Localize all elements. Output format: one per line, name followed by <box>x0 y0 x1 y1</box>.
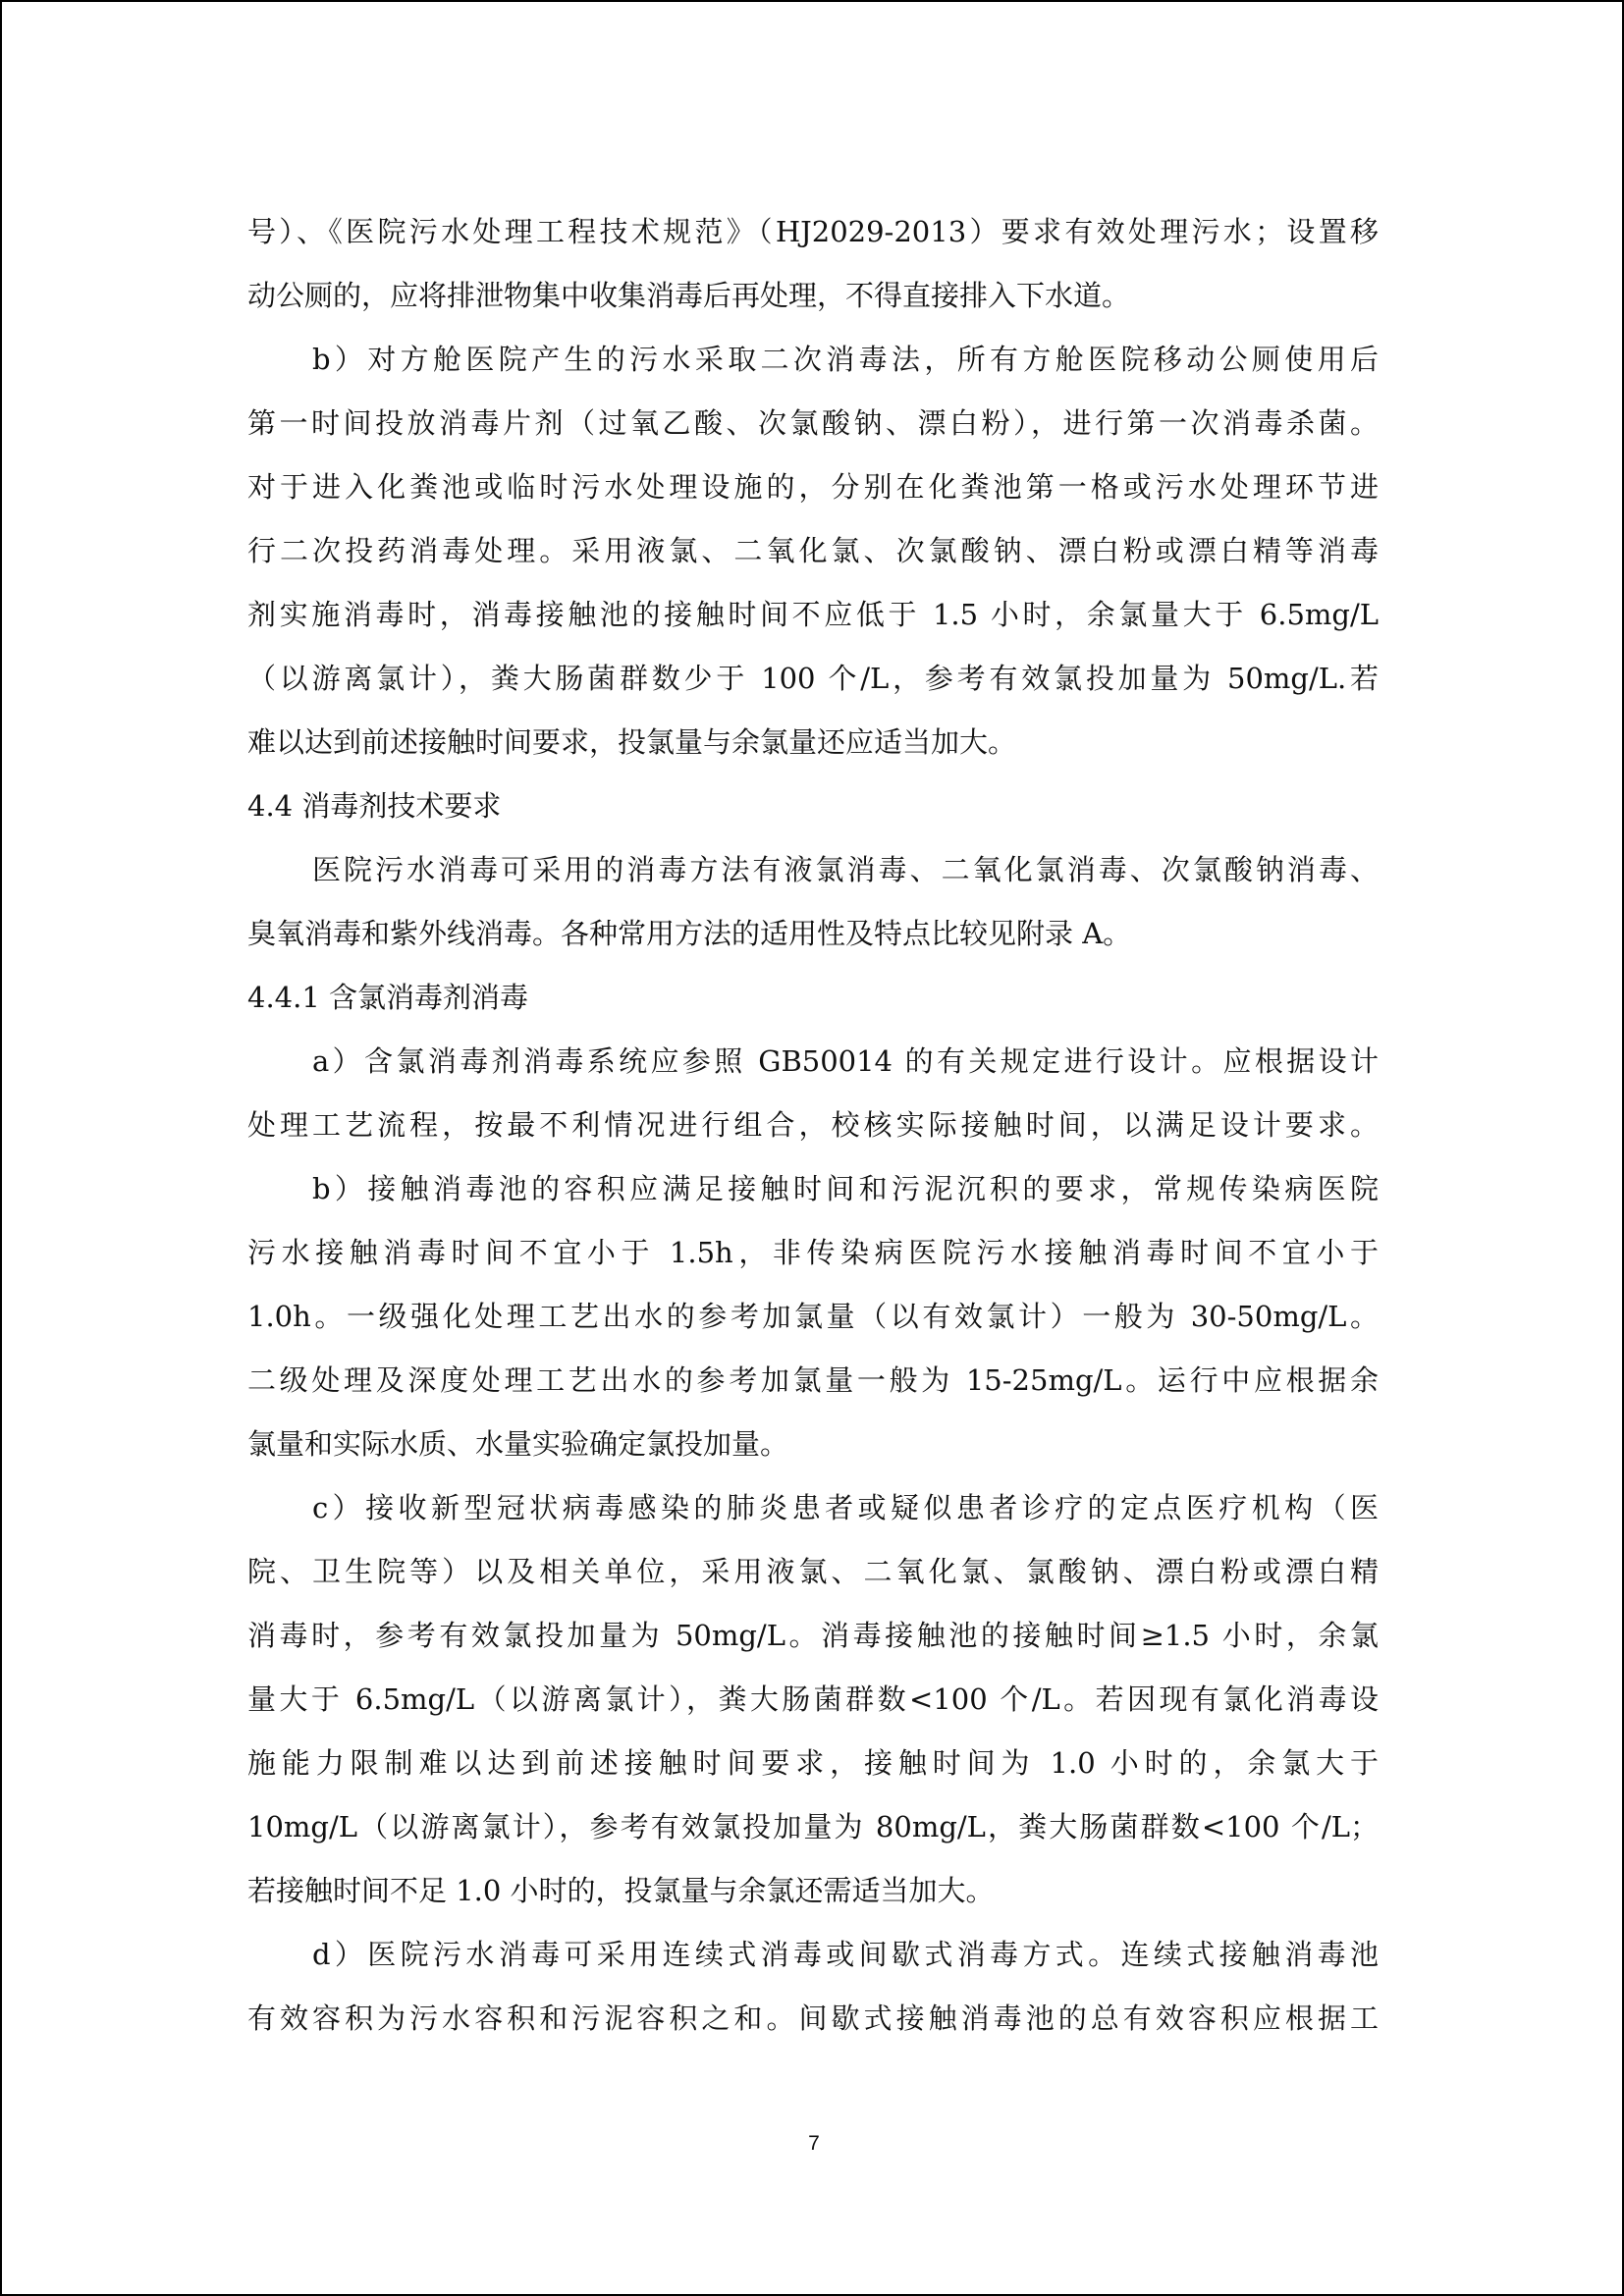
text-line: 污水接触消毒时间不宜小于 1.5h，非传染病医院污水接触消毒时间不宜小于 <box>247 1221 1379 1285</box>
text-line: 10mg/L（以游离氯计），参考有效氯投加量为 80mg/L，粪大肠菌群数<10… <box>247 1795 1379 1859</box>
text-line: 消毒时，参考有效氯投加量为 50mg/L。消毒接触池的接触时间≥1.5 小时，余… <box>247 1604 1379 1668</box>
text-line: 行二次投药消毒处理。采用液氯、二氧化氯、次氯酸钠、漂白粉或漂白精等消毒 <box>247 519 1379 583</box>
text-line: 若接触时间不足 1.0 小时的，投氯量与余氯还需适当加大。 <box>247 1859 1379 1923</box>
page-number: 7 <box>2 2132 1624 2156</box>
text-line: 量大于 6.5mg/L（以游离氯计），粪大肠菌群数<100 个/L。若因现有氯化… <box>247 1668 1379 1732</box>
text-line: 动公厕的，应将排泄物集中收集消毒后再处理，不得直接排入下水道。 <box>247 264 1379 328</box>
text-line: 有效容积为污水容积和污泥容积之和。间歇式接触消毒池的总有效容积应根据工 <box>247 1987 1379 2051</box>
section-heading-4-4-1: 4.4.1 含氯消毒剂消毒 <box>247 966 1379 1030</box>
text-line: 对于进入化粪池或临时污水处理设施的，分别在化粪池第一格或污水处理环节进 <box>247 455 1379 519</box>
text-line: c）接收新型冠状病毒感染的肺炎患者或疑似患者诊疗的定点医疗机构（医 <box>247 1476 1379 1540</box>
text-line: b）接触消毒池的容积应满足接触时间和污泥沉积的要求，常规传染病医院 <box>247 1157 1379 1221</box>
text-line: 施能力限制难以达到前述接触时间要求，接触时间为 1.0 小时的，余氯大于 <box>247 1732 1379 1795</box>
text-line: 二级处理及深度处理工艺出水的参考加氯量一般为 15-25mg/L。运行中应根据余 <box>247 1349 1379 1413</box>
body-text: 号）、《医院污水处理工程技术规范》（HJ2029-2013）要求有效处理污水；设… <box>247 200 1379 2051</box>
text-line: d）医院污水消毒可采用连续式消毒或间歇式消毒方式。连续式接触消毒池 <box>247 1923 1379 1987</box>
text-line: （以游离氯计），粪大肠菌群数少于 100 个/L，参考有效氯投加量为 50mg/… <box>247 647 1379 711</box>
text-line: 医院污水消毒可采用的消毒方法有液氯消毒、二氧化氯消毒、次氯酸钠消毒、 <box>247 838 1379 902</box>
text-line: 处理工艺流程，按最不利情况进行组合，校核实际接触时间，以满足设计要求。 <box>247 1094 1379 1157</box>
document-page: 号）、《医院污水处理工程技术规范》（HJ2029-2013）要求有效处理污水；设… <box>0 0 1624 2296</box>
text-line: 难以达到前述接触时间要求，投氯量与余氯量还应适当加大。 <box>247 711 1379 774</box>
section-heading-4-4: 4.4 消毒剂技术要求 <box>247 774 1379 838</box>
text-line: 号）、《医院污水处理工程技术规范》（HJ2029-2013）要求有效处理污水；设… <box>247 200 1379 264</box>
text-line: 臭氧消毒和紫外线消毒。各种常用方法的适用性及特点比较见附录 A。 <box>247 902 1379 966</box>
text-line: 氯量和实际水质、水量实验确定氯投加量。 <box>247 1413 1379 1476</box>
text-line: 剂实施消毒时，消毒接触池的接触时间不应低于 1.5 小时，余氯量大于 6.5mg… <box>247 583 1379 647</box>
text-line: 第一时间投放消毒片剂（过氧乙酸、次氯酸钠、漂白粉），进行第一次消毒杀菌。 <box>247 392 1379 455</box>
text-line: a）含氯消毒剂消毒系统应参照 GB50014 的有关规定进行设计。应根据设计 <box>247 1030 1379 1094</box>
text-line: 院、卫生院等）以及相关单位，采用液氯、二氧化氯、氯酸钠、漂白粉或漂白精 <box>247 1540 1379 1604</box>
text-line: 1.0h。一级强化处理工艺出水的参考加氯量（以有效氯计）一般为 30-50mg/… <box>247 1285 1379 1349</box>
text-line: b）对方舱医院产生的污水采取二次消毒法，所有方舱医院移动公厕使用后 <box>247 328 1379 392</box>
